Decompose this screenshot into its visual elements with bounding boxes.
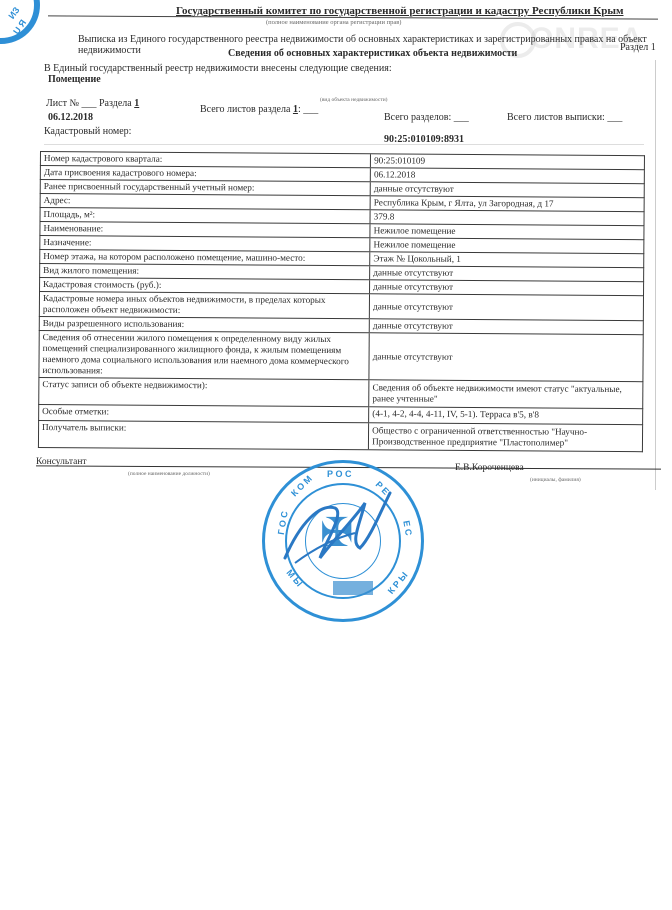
organization-caption: (полное наименование органа регистрации … [266, 19, 401, 26]
position-caption: (полное наименование должности) [128, 471, 210, 477]
row-label: Статус записи об объекте недвижимости): [39, 377, 369, 406]
row-value: данные отсутствуют [369, 294, 643, 321]
section-no-label: Раздела [99, 98, 132, 109]
signature-scribble [265, 463, 427, 625]
row-label: Кадастровые номера иных объектов недвижи… [39, 292, 369, 319]
total-sections: Всего разделов: ___ [384, 112, 469, 123]
object-type: Помещение [48, 74, 101, 85]
sheet-no-value: ___ [81, 98, 96, 109]
extract-date: 06.12.2018 [48, 112, 93, 123]
total-section-sheets: Всего листов раздела 1: ___ [200, 104, 318, 115]
corner-stamp-fragment: ИЗ U Я [0, 0, 40, 44]
intro-text: В Единый государственный реестр недвижим… [44, 63, 392, 74]
total-extract-sheets: Всего листов выписки: ___ [507, 112, 622, 123]
object-type-caption: (вид объекта недвижимости) [320, 97, 388, 103]
row-value: Сведения об объекте недвижимости имеют с… [369, 380, 643, 409]
table-row: Получатель выписки:Общество с ограниченн… [38, 420, 642, 451]
row-value: Общество с ограниченной ответственностью… [369, 423, 643, 452]
row-value: данные отсутствуют [369, 333, 643, 382]
consultant-name: Е.В.Короченцева [455, 463, 524, 473]
info-title: Сведения об основных характеристиках объ… [228, 48, 517, 59]
row-value: (4-1, 4-2, 4-4, 4-11, IV, 5-1). Терраса … [369, 407, 643, 425]
cadastral-number-label: Кадастровый номер: [44, 126, 131, 137]
official-seal: ✠ Р О С Р Е Е С К Р Ы М Ы Г О С К О М [262, 460, 424, 622]
table-row: Сведения об отнесении жилого помещения к… [39, 330, 643, 381]
organization-title: Государственный комитет по государственн… [176, 5, 623, 17]
page-edge [655, 60, 656, 490]
row-label: Сведения об отнесении жилого помещения к… [39, 330, 369, 379]
sheet-no-label: Лист № [46, 98, 79, 109]
row-label: Получатель выписки: [38, 420, 368, 449]
cadastral-rule [44, 144, 644, 145]
section-label: Раздел 1 [620, 42, 656, 53]
name-caption: (инициалы, фамилия) [530, 477, 581, 483]
table-row: Статус записи об объекте недвижимости):С… [39, 377, 643, 408]
section-no-value: 1 [134, 98, 139, 109]
characteristics-table: Номер кадастрового квартала:90:25:010109… [38, 151, 645, 452]
sheet-number-line: Лист № ___ Раздела 1 [46, 98, 139, 109]
